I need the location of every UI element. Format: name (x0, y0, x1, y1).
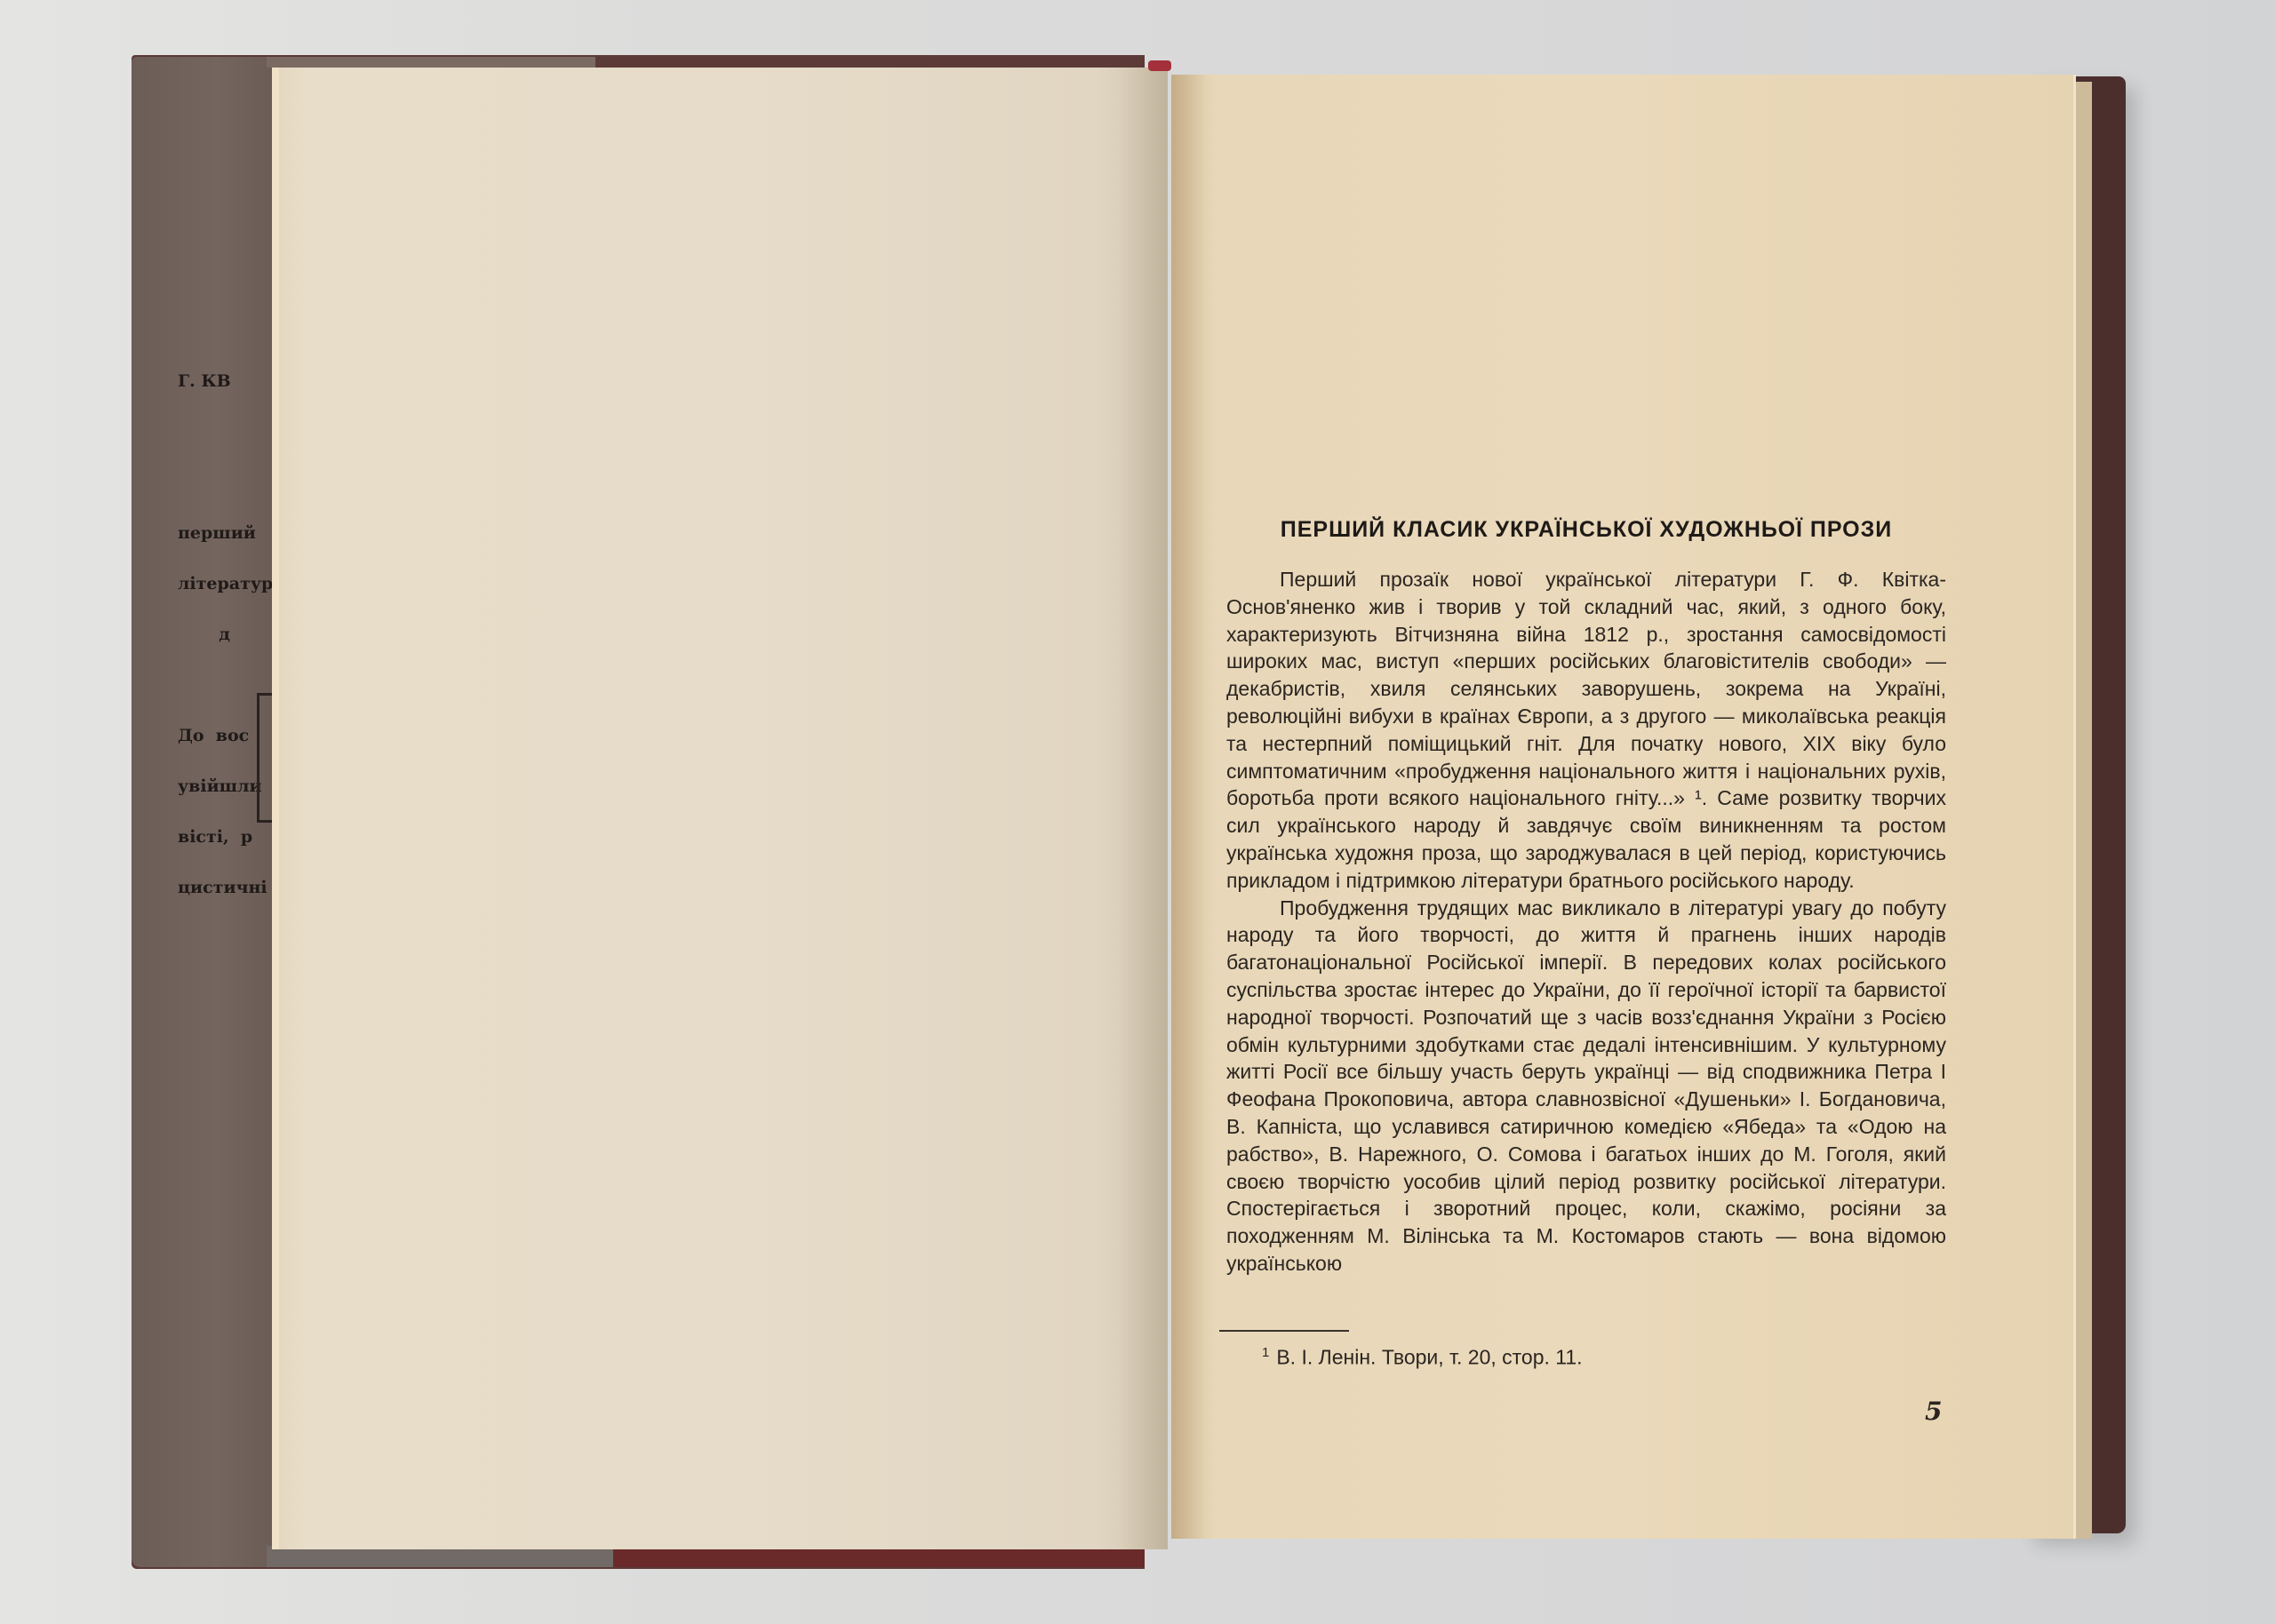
flap-line (178, 424, 277, 441)
flap-line: вісті, р (178, 829, 277, 846)
footnote-marker: 1 (1262, 1345, 1269, 1360)
headband (1148, 60, 1171, 71)
paragraph: Пробудження трудящих мас викликало в літ… (1226, 895, 1946, 1278)
flap-line: перший (178, 525, 277, 542)
left-blank-page (272, 68, 1168, 1549)
jacket-bracket-mark (257, 693, 272, 823)
flap-line: цистичні (178, 880, 277, 896)
left-page-gutter-shadow (1120, 68, 1168, 1549)
dust-jacket-top-edge (267, 57, 595, 68)
footnote: 1В. І. Ленін. Твори, т. 20, стор. 11. (1262, 1345, 1884, 1370)
flap-line (178, 677, 277, 694)
chapter-heading: ПЕРШИЙ КЛАСИК УКРАЇНСЬКОЇ ХУДОЖНЬОЇ ПРОЗ… (1226, 517, 1946, 543)
footnote-divider (1219, 1330, 1349, 1332)
flap-line: Г. КВ (178, 373, 277, 390)
flap-line: літератур (178, 576, 277, 593)
right-page-gutter-shadow (1171, 75, 1207, 1539)
flap-line: д (178, 626, 277, 643)
page-number: 5 (1925, 1397, 1942, 1426)
footnote-text: В. І. Ленін. Твори, т. 20, стор. 11. (1276, 1346, 1582, 1369)
flap-line (178, 474, 277, 491)
paragraph: Перший прозаїк нової української літерат… (1226, 566, 1946, 895)
body-text: Перший прозаїк нової української літерат… (1226, 566, 1946, 1278)
jacket-flap-text: Г. КВ перший літератур д До вос увійшли … (178, 339, 277, 913)
